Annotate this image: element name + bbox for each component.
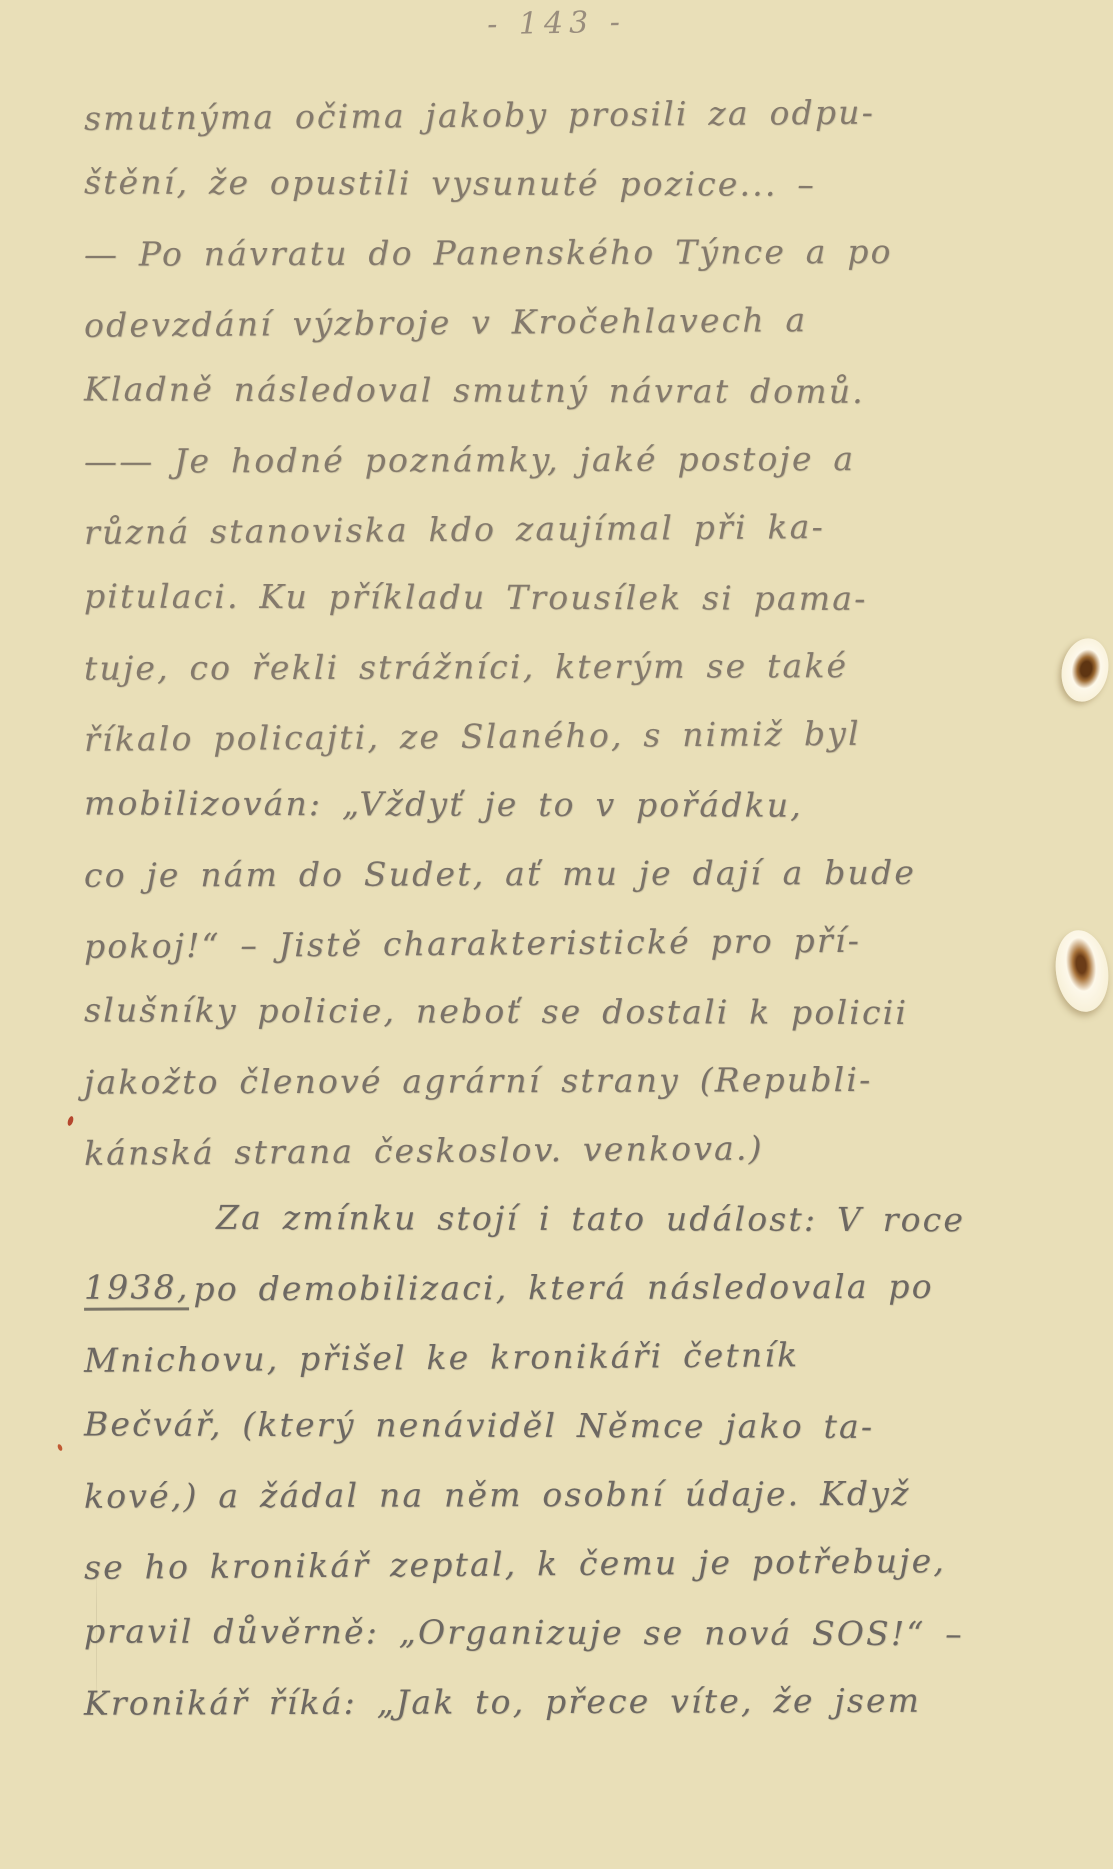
paper-crease [96, 1560, 97, 1720]
line-text: —— Je hodné poznámky, jaké postoje a [84, 439, 855, 481]
manuscript-line: — Po návratu do Panenského Týnce a po [84, 216, 1065, 288]
line-text: pitulaci. Ku příkladu Trousílek si pama- [84, 576, 868, 617]
page-number: - 143 - [0, 0, 1113, 51]
paper-stain-icon [67, 1115, 75, 1126]
line-text: Kronikář říká: „Jak to, přece víte, že j… [84, 1681, 921, 1723]
line-text: kánská strana českoslov. venkova.) [84, 1129, 764, 1173]
line-text: mobilizován: „Vždyť je to v pořádku, [84, 783, 803, 824]
line-text: kové,) a žádal na něm osobní údaje. Když [84, 1474, 911, 1516]
manuscript-line: mobilizován: „Vždyť je to v pořádku, [84, 768, 1065, 840]
manuscript-line: —— Je hodné poznámky, jaké postoje a [84, 423, 1065, 495]
manuscript-line: odevzdání výzbroje v Kročehlavech a [84, 283, 1066, 360]
line-text: se ho kronikář zeptal, k čemu je potřebu… [84, 1541, 946, 1587]
manuscript-text: smutnýma očima jakoby prosili za odpu- š… [84, 80, 1065, 1736]
manuscript-page: - 143 - smutnýma očima jakoby prosili za… [0, 0, 1113, 1869]
manuscript-line: štění, že opustili vysunuté pozice... – [84, 147, 1065, 219]
manuscript-line: říkalo policajti, ze Slaného, s nimiž by… [84, 697, 1066, 774]
manuscript-line: co je nám do Sudet, ať mu je dají a bude [84, 837, 1065, 909]
underlined-year: 1938, [84, 1267, 190, 1310]
line-text: štění, že opustili vysunuté pozice... – [84, 162, 816, 203]
manuscript-line: slušníky policie, neboť se dostali k pol… [84, 975, 1065, 1047]
line-text: Za zmínku stojí i tato událost: V roce [216, 1198, 965, 1239]
line-text: — Po návratu do Panenského Týnce a po [84, 232, 893, 274]
manuscript-line-with-underlined-year: 1938,po demobilizaci, která následovala … [84, 1251, 1065, 1323]
paper-stain-icon [57, 1443, 64, 1451]
line-text: Mnichovu, přišel ke kronikáři četník [84, 1335, 800, 1380]
line-text: pokoj!“ – Jistě charakteristické pro pří… [84, 921, 861, 966]
manuscript-line: Kronikář říká: „Jak to, přece víte, že j… [84, 1665, 1065, 1737]
line-text: co je nám do Sudet, ať mu je dají a bude [84, 853, 916, 895]
manuscript-line: jakožto členové agrární strany (Republi- [84, 1044, 1065, 1116]
line-text: jakožto členové agrární strany (Republi- [84, 1060, 873, 1102]
manuscript-line-paragraph-start: Za zmínku stojí i tato událost: V roce [84, 1182, 1065, 1254]
manuscript-line: pitulaci. Ku příkladu Trousílek si pama- [84, 561, 1065, 633]
manuscript-line: kové,) a žádal na něm osobní údaje. Když [84, 1458, 1065, 1530]
line-text: slušníky policie, neboť se dostali k pol… [84, 990, 908, 1032]
line-text: po demobilizaci, která následovala po [193, 1267, 933, 1309]
manuscript-line: různá stanoviska kdo zaujímal při ka- [84, 490, 1066, 567]
line-text: odevzdání výzbroje v Kročehlavech a [84, 300, 808, 345]
line-text: Bečvář, (který nenáviděl Němce jako ta- [84, 1404, 874, 1445]
manuscript-line: Kladně následoval smutný návrat domů. [84, 354, 1065, 426]
line-text: pravil důvěrně: „Organizuje se nová SOS!… [84, 1611, 964, 1653]
manuscript-line: Bečvář, (který nenáviděl Němce jako ta- [84, 1389, 1065, 1461]
manuscript-line: kánská strana českoslov. venkova.) [84, 1111, 1066, 1188]
manuscript-line: se ho kronikář zeptal, k čemu je potřebu… [84, 1525, 1066, 1602]
line-text: různá stanoviska kdo zaujímal při ka- [84, 507, 825, 552]
manuscript-line: pravil důvěrně: „Organizuje se nová SOS!… [84, 1596, 1065, 1668]
line-text: tuje, co řekli strážníci, kterým se také [84, 646, 848, 688]
manuscript-line: smutnýma očima jakoby prosili za odpu- [84, 76, 1066, 153]
manuscript-line: Mnichovu, přišel ke kronikáři četník [84, 1318, 1066, 1395]
line-text: Kladně následoval smutný návrat domů. [84, 369, 865, 410]
line-text: smutnýma očima jakoby prosili za odpu- [84, 93, 875, 138]
manuscript-line: pokoj!“ – Jistě charakteristické pro pří… [84, 904, 1066, 981]
line-text: říkalo policajti, ze Slaného, s nimiž by… [84, 714, 861, 759]
manuscript-line: tuje, co řekli strážníci, kterým se také [84, 630, 1065, 702]
